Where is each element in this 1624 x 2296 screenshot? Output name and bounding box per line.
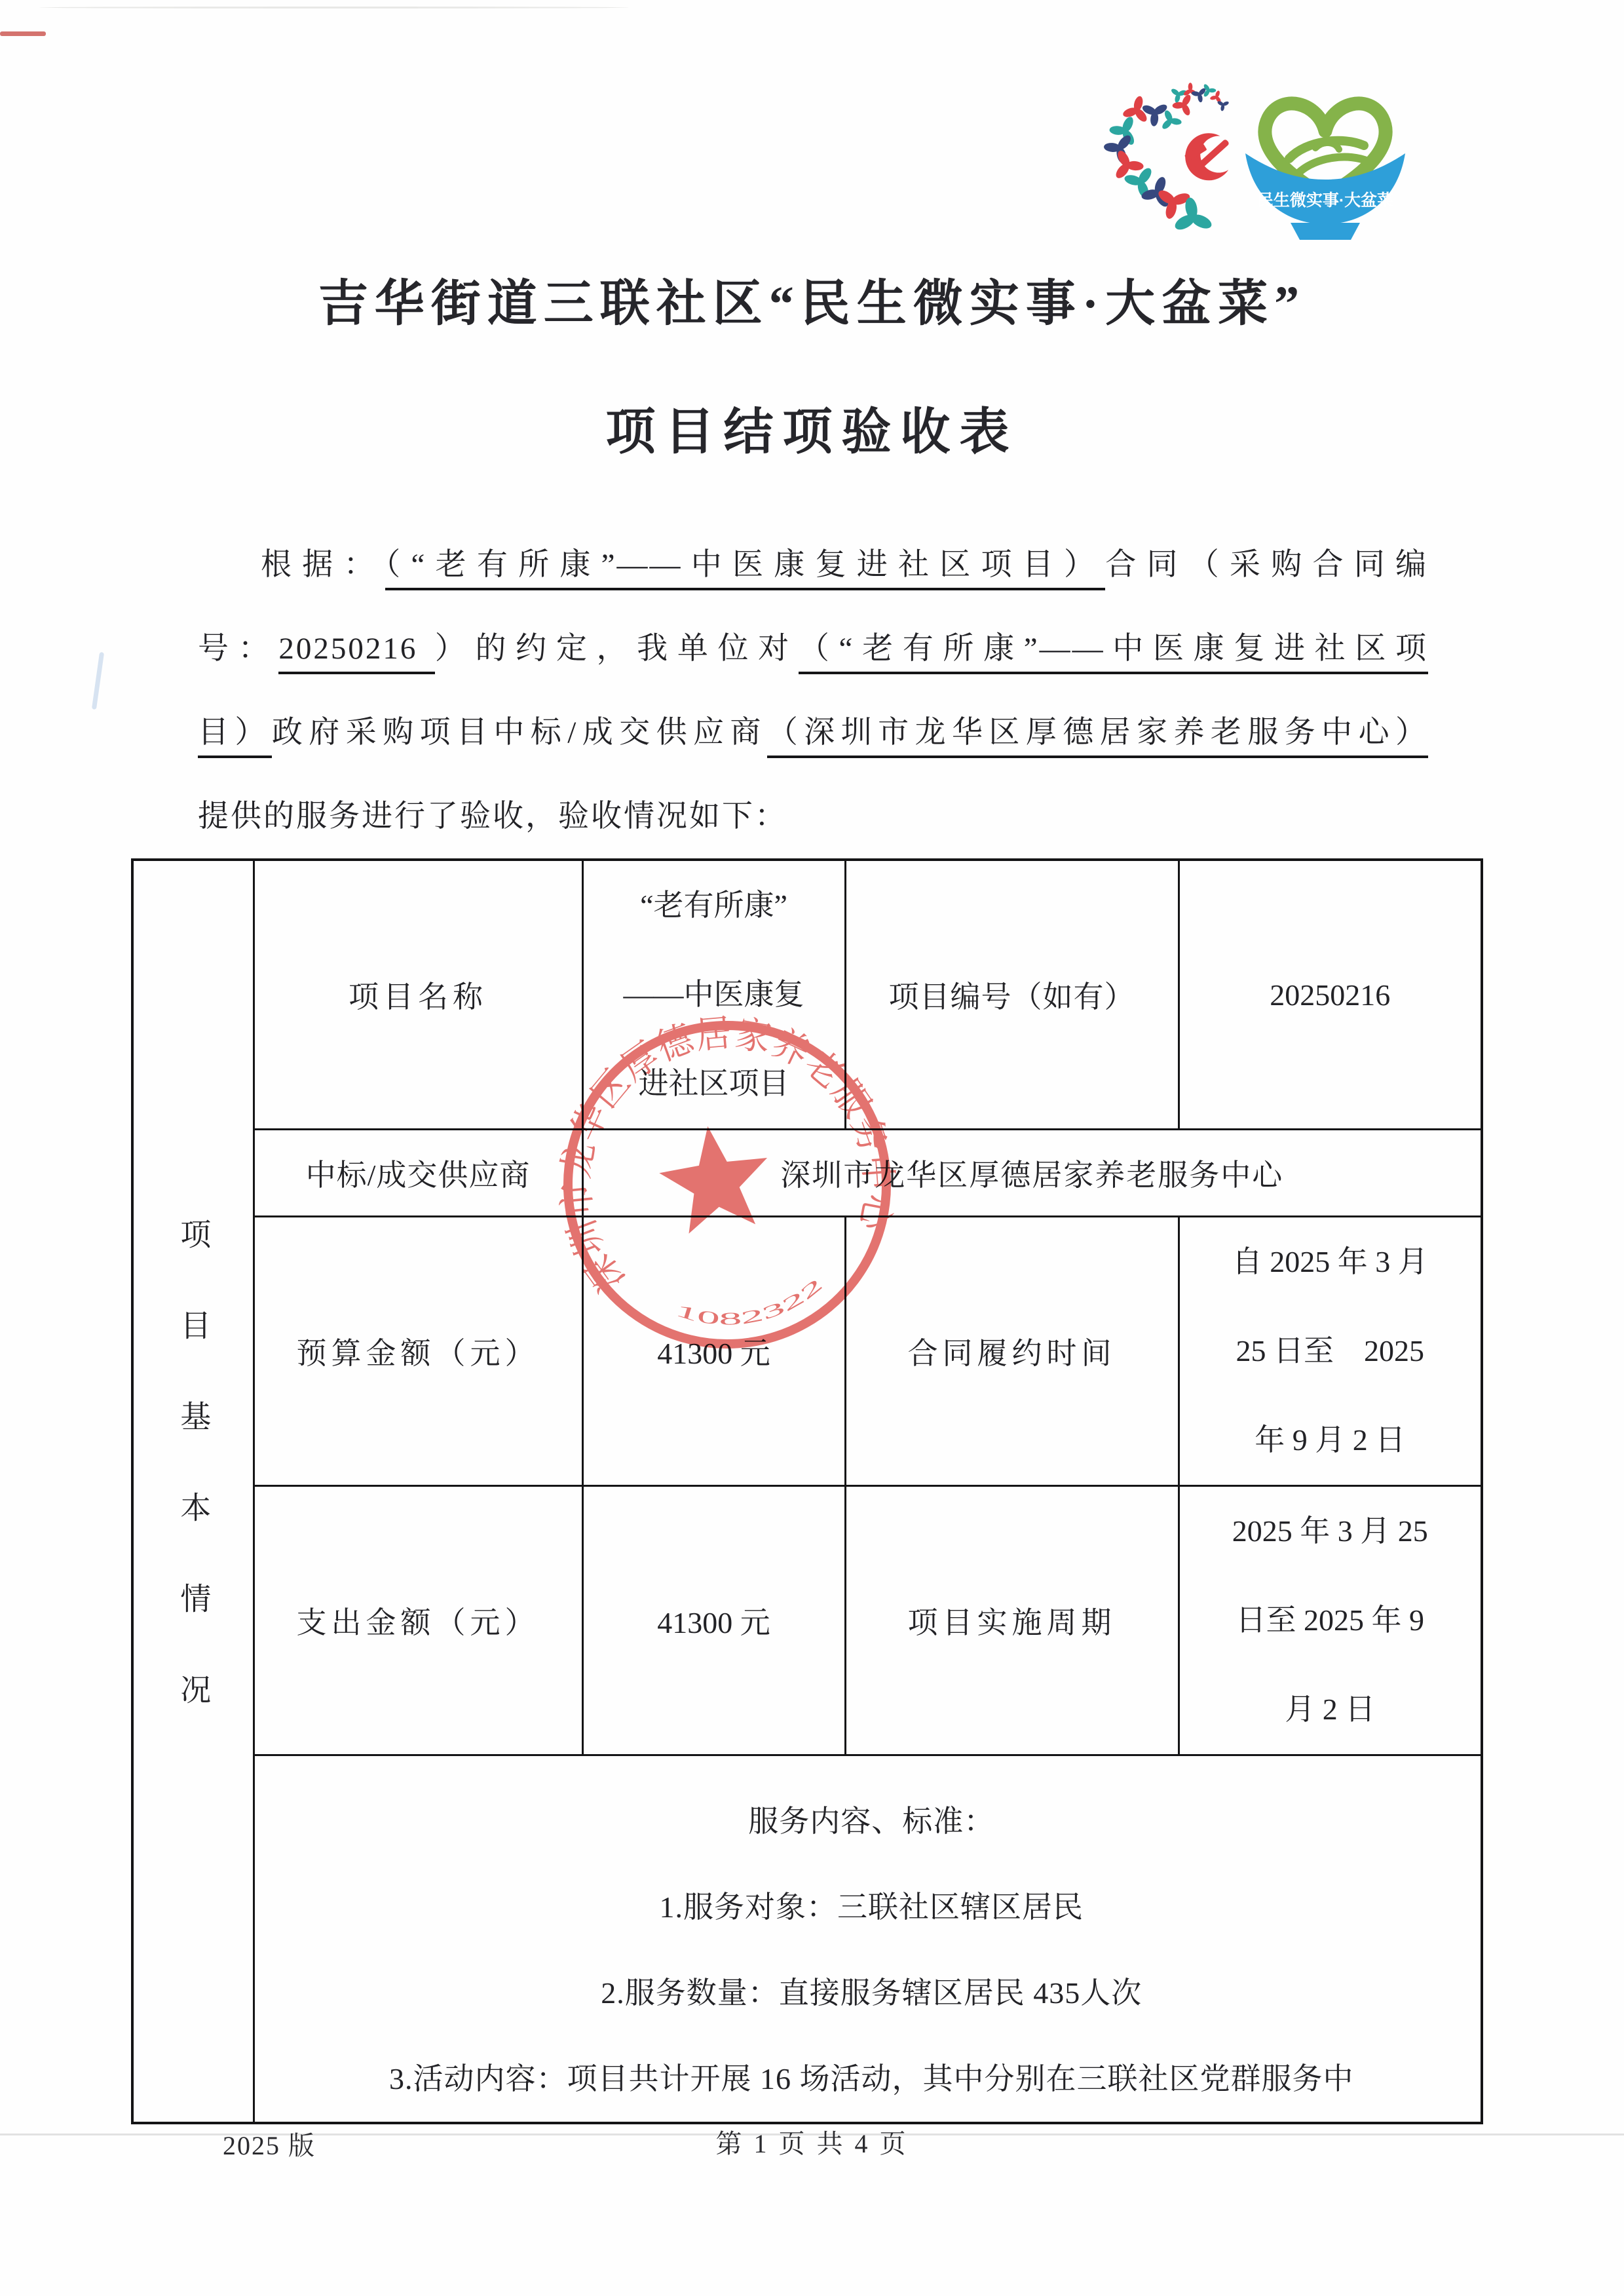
scan-artifact-red-mark xyxy=(0,31,46,36)
hammer-sickle-icon xyxy=(1182,131,1232,183)
bowl-logo-text: 民生微实事·大盆菜 xyxy=(1257,191,1393,210)
table-side-header: 项目基本情况 xyxy=(171,1218,215,1765)
cell-supplier-label: 中标/成交供应商 xyxy=(254,1130,582,1217)
cell-project-code-value: 20250216 xyxy=(1179,860,1482,1130)
cell-project-code-label: 项目编号（如有） xyxy=(845,860,1179,1130)
document-title-line2: 项目结项验收表 xyxy=(0,392,1624,463)
seal-star-icon xyxy=(654,1119,776,1236)
party-heart-logo xyxy=(1110,84,1251,244)
cell-implementation-period-value: 2025 年 3 月 25日至 2025 年 9月 2 日 xyxy=(1179,1486,1482,1755)
red-seal-stamp: 深圳市龙华区厚德居家养老服务中心 10823226 xyxy=(527,985,927,1385)
scan-artifact-blue-mark xyxy=(92,652,104,710)
cell-service-content: 服务内容、标准：1.服务对象：三联社区辖区居民2.服务数量：直接服务辖区居民 4… xyxy=(254,1755,1482,2124)
footer-page-number: 第 1 页 共 4 页 xyxy=(0,2123,1624,2160)
clover-heart-chain xyxy=(1099,83,1231,244)
intro-line-1: 根据：（“老有所康”——中医康复进社区项目）合同（采购合同编 xyxy=(198,544,1428,628)
document-title-line1: 吉华街道三联社区“民生微实事·大盆菜” xyxy=(0,263,1624,335)
cell-project-name-label: 项目名称 xyxy=(254,860,582,1130)
intro-paragraph: 根据：（“老有所康”——中医康复进社区项目）合同（采购合同编 号：2025021… xyxy=(198,544,1428,879)
scan-artifact-gray-line xyxy=(39,7,629,9)
cell-implementation-period-label: 项目实施周期 xyxy=(845,1486,1179,1755)
intro-line-3: 目）政府采购项目中标/成交供应商（深圳市龙华区厚德居家养老服务中心） xyxy=(198,712,1428,795)
cell-budget-label: 预算金额（元） xyxy=(254,1217,582,1486)
cell-contract-period-value: 自 2025 年 3 月25 日至 2025年 9 月 2 日 xyxy=(1179,1217,1482,1486)
table-side-header-cell: 项目基本情况 xyxy=(132,860,254,2123)
cell-expense-value: 41300 元 xyxy=(582,1486,845,1755)
minsheng-bowl-logo: 民生微实事·大盆菜 xyxy=(1243,90,1407,248)
blue-bowl-icon: 民生微实事·大盆菜 xyxy=(1245,153,1405,240)
intro-line-2: 号：20250216 ）的约定，我单位对（“老有所康”——中医康复进社区项 xyxy=(198,628,1428,712)
cell-expense-label: 支出金额（元） xyxy=(254,1486,582,1755)
